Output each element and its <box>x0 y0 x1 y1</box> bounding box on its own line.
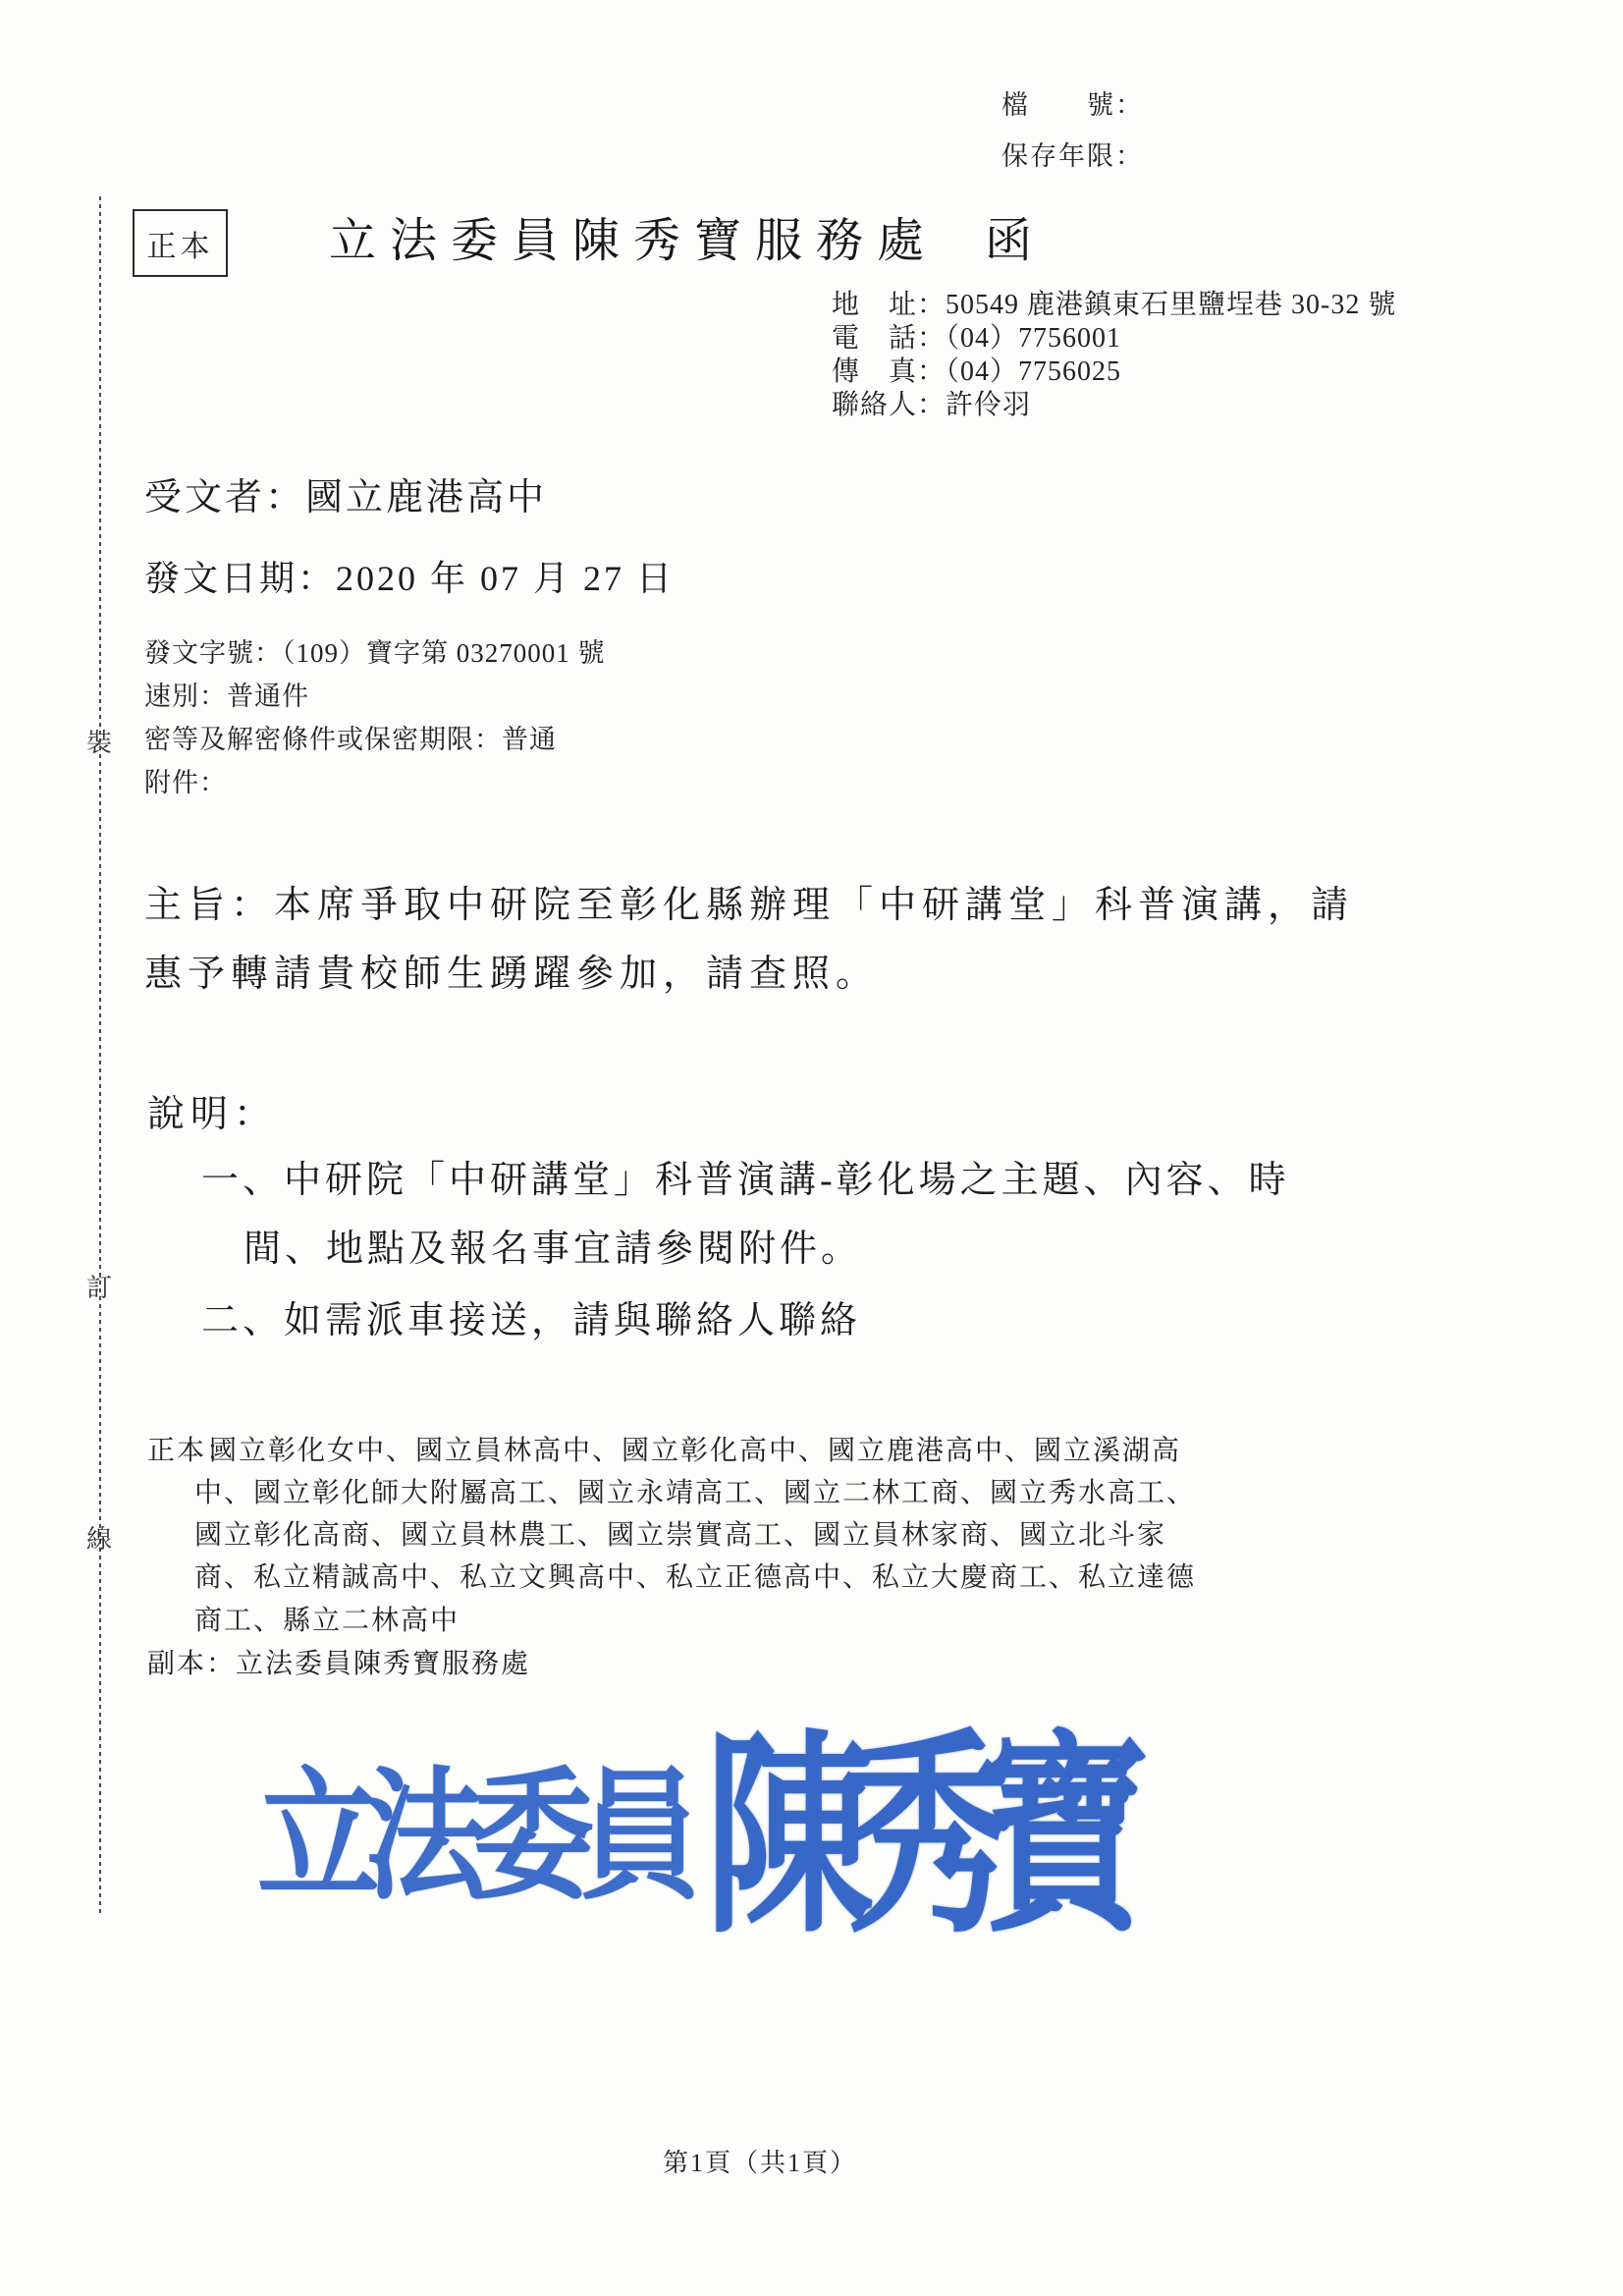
issue-date-label: 發文日期： <box>144 559 336 598</box>
contact-value: 許伶羽 <box>946 390 1031 420</box>
binding-mark-xian: 線 <box>86 1527 112 1553</box>
fax-label: 傳 真： <box>832 356 946 387</box>
security-label: 密等及解密條件或保密期限： <box>144 725 502 754</box>
recipient-label: 受文者： <box>144 477 305 519</box>
cc-copies-row: 副本：立法委員陳秀寶服務處 <box>147 1651 530 1678</box>
speed-label: 速別： <box>144 682 227 711</box>
recipient-row: 受文者：國立鹿港高中 <box>144 479 547 517</box>
recipient-value: 國立鹿港高中 <box>305 477 547 519</box>
copy-type-text: 正本 <box>147 222 214 265</box>
archive-retention-label: 保存年限： <box>1001 143 1144 170</box>
address-value: 50549 鹿港鎮東石里鹽埕巷 30-32 號 <box>946 290 1396 320</box>
phone-value: （04）7756001 <box>946 323 1121 354</box>
subject-line-1: 主旨：本席爭取中研院至彰化縣辦理「中研講堂」科普演講，請 <box>144 887 1354 924</box>
sender-phone-row: 電 話：（04）7756001 <box>832 325 1121 353</box>
ref-number-row: 發文字號：（109）寶字第 03270001 號 <box>144 640 606 667</box>
attachment-label: 附件： <box>144 768 227 797</box>
issuing-office-name: 立法委員陳秀寶服務處 <box>329 215 938 267</box>
ref-number-value: （109）寶字第 03270001 號 <box>282 638 606 668</box>
binding-dotted-line <box>99 196 101 1915</box>
document-type: 函 <box>985 215 1032 267</box>
original-copies-line-3: 國立彰化高商、國立員林農工、國立崇實高工、國立員林家商、國立北斗家 <box>194 1522 1166 1550</box>
original-copies-line-4: 商、私立精誠高中、私立文興高中、私立正德高中、私立大慶商工、私立達德 <box>194 1564 1196 1592</box>
document-title: 立法委員陳秀寶服務處函 <box>329 218 1032 265</box>
speed-value: 普通件 <box>227 682 309 711</box>
explanation-item-1-line-1: 一、中研院「中研講堂」科普演講-彰化場之主題、內容、時 <box>201 1162 1290 1199</box>
sender-address-row: 地 址：50549 鹿港鎮東石里鹽埕巷 30-32 號 <box>832 292 1396 319</box>
speed-row: 速別：普通件 <box>144 683 309 710</box>
binding-mark-zhuang: 裝 <box>86 731 112 756</box>
security-row: 密等及解密條件或保密期限：普通 <box>144 727 557 753</box>
attachment-row: 附件： <box>144 770 227 796</box>
issue-date-row: 發文日期：2020 年 07 月 27 日 <box>144 561 675 596</box>
issue-date-value: 2020 年 07 月 27 日 <box>336 559 675 598</box>
security-value: 普通 <box>502 725 557 754</box>
original-copies-line-1: 國立彰化女中、國立員林高中、國立彰化高中、國立鹿港高中、國立溪湖高 <box>209 1438 1181 1465</box>
copy-type-badge: 正本 <box>133 209 228 277</box>
original-copies-line-5: 商工、縣立二林高中 <box>194 1608 460 1635</box>
official-letter-page: 裝 訂 線 檔 號： 保存年限： 正本 立法委員陳秀寶服務處函 地 址：5054… <box>0 0 1623 2296</box>
address-label: 地 址： <box>832 290 946 320</box>
archive-file-no-label: 檔 號： <box>1001 92 1144 119</box>
sender-fax-row: 傳 真：（04）7756025 <box>832 358 1121 386</box>
binding-mark-ding: 訂 <box>86 1276 112 1301</box>
sender-contact-row: 聯絡人：許伶羽 <box>832 392 1031 419</box>
explanation-label: 說明： <box>147 1096 277 1133</box>
explanation-item-1-line-2: 間、地點及報名事宜請參閱附件。 <box>243 1230 862 1268</box>
phone-label: 電 話： <box>832 323 946 354</box>
contact-label: 聯絡人： <box>832 390 946 420</box>
fax-value: （04）7756025 <box>946 356 1121 387</box>
ref-number-label: 發文字號： <box>144 638 282 668</box>
original-copies-line-2: 中、國立彰化師大附屬高工、國立永靖高工、國立二林工商、國立秀水高工、 <box>194 1480 1196 1507</box>
legislator-stamp-name: 陳秀寶 <box>705 1730 1118 1946</box>
legislator-stamp-title: 立法委員 <box>257 1768 686 1910</box>
explanation-item-2: 二、如需派車接送，請與聯絡人聯絡 <box>201 1302 861 1339</box>
subject-line-2: 惠予轉請貴校師生踴躍參加，請查照。 <box>144 956 879 993</box>
page-number: 第1頁（共1頁） <box>663 2151 857 2176</box>
